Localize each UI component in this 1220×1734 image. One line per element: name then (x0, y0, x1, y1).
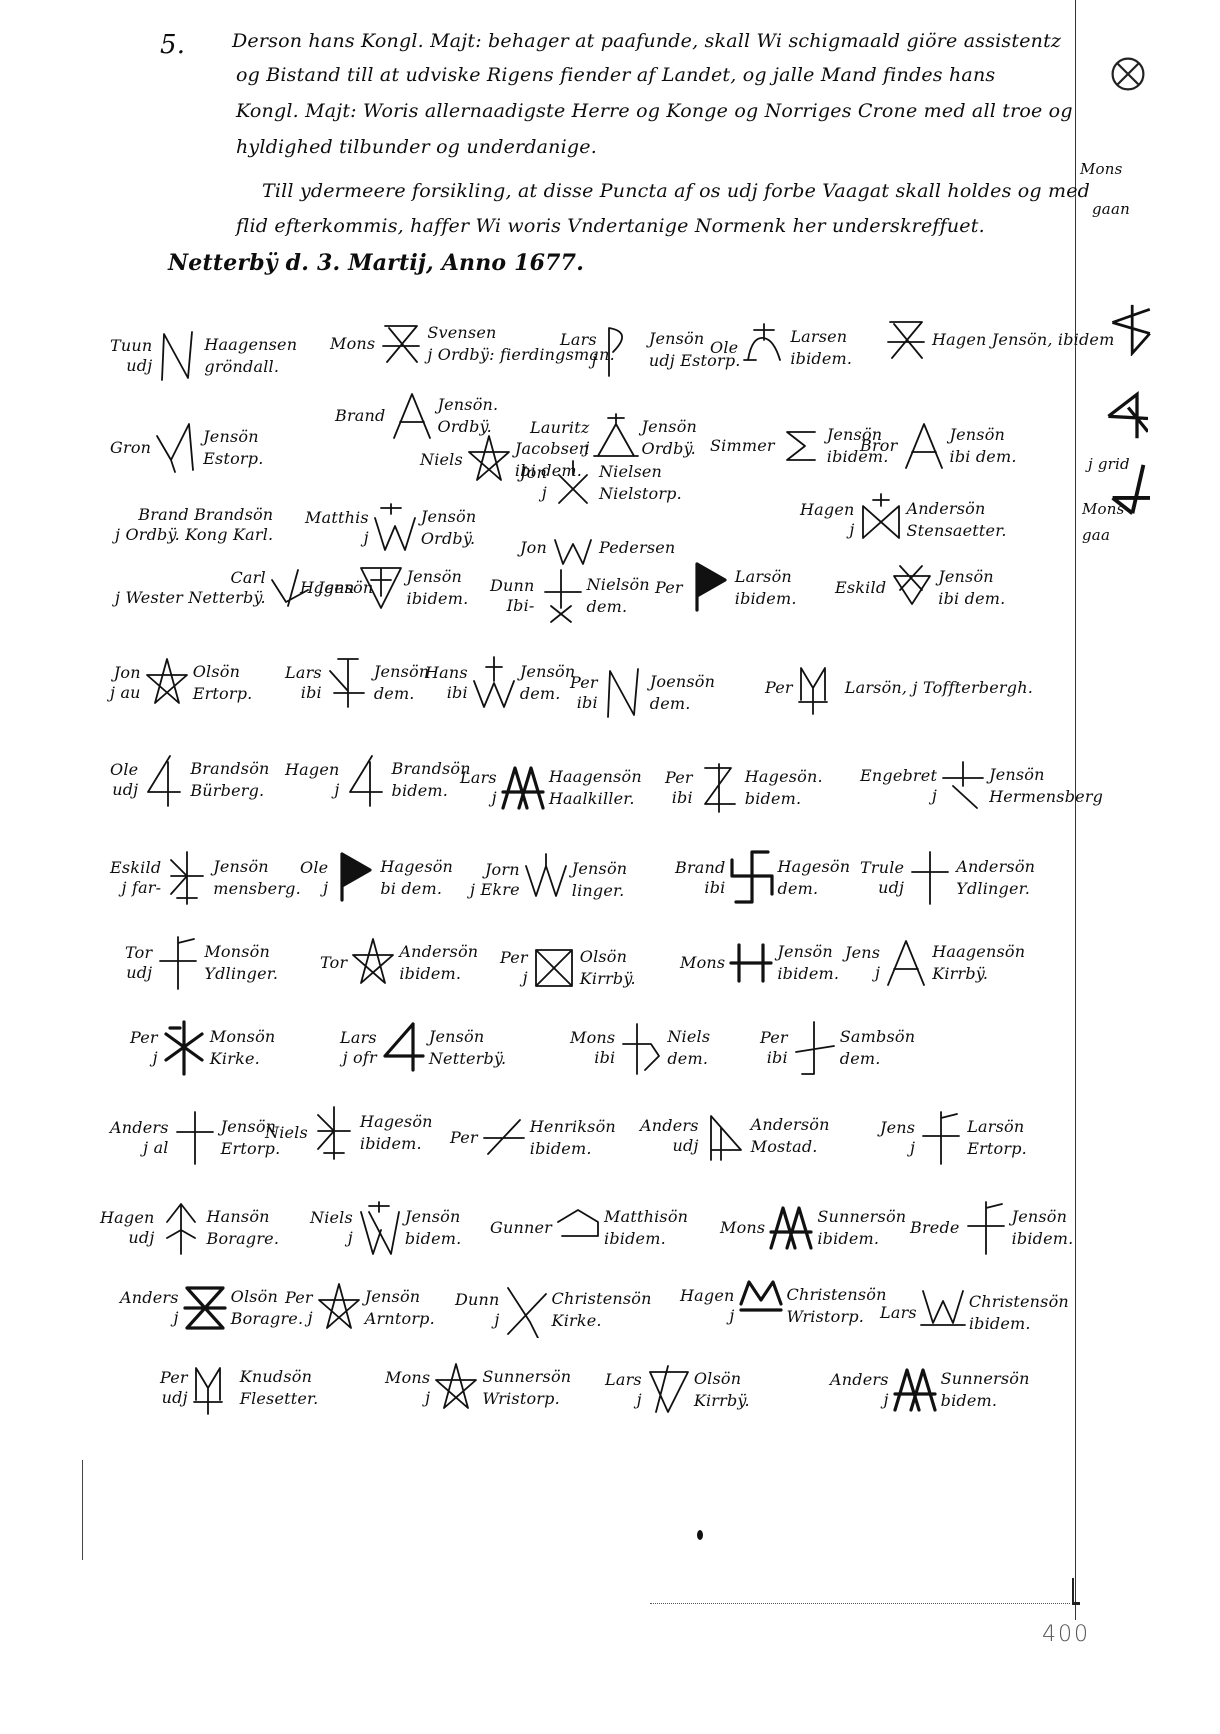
signature-text: j (310, 1228, 353, 1248)
signature-text: j (520, 483, 547, 503)
signature-text: j (800, 520, 855, 540)
signer-surname-place: BrandsönBürberg. (190, 758, 269, 802)
swastika-cross-housemark-icon (728, 850, 776, 906)
signer-surname-place: OlsönKirrbÿ. (580, 946, 636, 990)
signer-given-name: Monsj (385, 1368, 430, 1408)
signature-text: Mons (330, 334, 375, 354)
margin-note: Mons (1080, 160, 1123, 178)
signature-text: Hansön (207, 1206, 280, 1228)
signer-given-name: Jonj au (110, 663, 141, 703)
four-mark-icon (1106, 460, 1150, 516)
signature-entry: LarsChristensönibidem. (880, 1285, 1069, 1341)
knot-housemark-icon (888, 560, 936, 616)
signature-text: Per (285, 1288, 313, 1308)
signature-text: Kirke. (210, 1048, 276, 1070)
signer-given-name: Jornj Ekre (470, 860, 520, 900)
signature-entry: Andersj alJensönErtorp. (110, 1110, 280, 1166)
signature-entry: LauritzjJensönOrdbÿ. (530, 410, 697, 466)
cross-d-housemark-icon (617, 1020, 665, 1076)
k-cross-housemark-icon (163, 850, 211, 906)
signer-given-name: Perj (130, 1028, 158, 1068)
pentagram-housemark-icon (315, 1280, 363, 1336)
signature-text: Gron (110, 438, 151, 458)
signature-text: Olsön (193, 661, 253, 683)
signature-text: j (845, 963, 880, 983)
ink-blot (697, 1530, 703, 1540)
signer-given-name: Per (765, 678, 793, 698)
signature-entry: OleudjBrandsönBürberg. (110, 752, 270, 808)
signature-text: bidem. (405, 1228, 462, 1250)
signature-entry: AndersudjAndersönMostad. (640, 1108, 830, 1164)
signature-entry: TorudjMonsönYdlinger. (125, 935, 278, 991)
signature-text: Sunnersön (817, 1206, 906, 1228)
signature-text: Ertorp. (967, 1138, 1027, 1160)
signature-text: Sunnersön (482, 1366, 571, 1388)
signer-given-name: Truleudj (860, 858, 904, 898)
paragraph-line: hyldighed tilbunder og underdanige. (236, 136, 597, 158)
signature-text: Tor (320, 953, 347, 973)
signature-text: bidem. (392, 780, 471, 802)
signature-text: Anders (830, 1370, 889, 1390)
triangle-down-housemark-icon (644, 1362, 692, 1418)
signature-entry: TruleudjAndersönYdlinger. (860, 850, 1035, 906)
signer-surname-place: Hagen Jensön, ibidem (932, 329, 1114, 351)
signature-text: Mons (385, 1368, 430, 1388)
signature-text: ibi (570, 693, 598, 713)
signature-entry: PerLarsön, j Toffterbergh. (765, 660, 1033, 716)
signer-surname-place: Jensönbidem. (405, 1206, 462, 1250)
signer-given-name: Brand (335, 406, 386, 426)
signature-text: udj (160, 1388, 188, 1408)
signature-text: Ydlinger. (956, 878, 1035, 900)
signer-given-name: Tuunudj (110, 336, 152, 376)
tall-n-housemark-icon (600, 665, 648, 721)
triangle-bar-housemark-icon (592, 410, 640, 466)
signature-text: Kirrbÿ. (580, 968, 636, 990)
signature-text: Jensön (950, 424, 1017, 446)
signature-text: ibi (570, 1048, 615, 1068)
tall-p-housemark-icon (599, 322, 647, 378)
signer-given-name: Lars (880, 1303, 917, 1323)
signer-given-name: Peribi (760, 1028, 788, 1068)
signer-given-name: Hagenj (285, 760, 340, 800)
signature-entry: AndersjOlsönBoragre. (120, 1280, 303, 1336)
signer-surname-place: Jensöndem. (374, 661, 430, 705)
signature-text: mensberg. (213, 878, 301, 900)
cross-x-housemark-icon (537, 568, 585, 624)
open-4-housemark-icon (140, 752, 188, 808)
pentagram-housemark-icon (349, 935, 397, 991)
signature-entry: DunnIbi-Nielsöndem. (490, 568, 650, 624)
signer-given-name: Jensj (845, 943, 880, 983)
signer-surname-place: JensönNetterbÿ. (429, 1026, 507, 1070)
signature-text: udj (110, 780, 138, 800)
signer-surname-place: HaagensönKirrbÿ. (932, 941, 1025, 985)
tall-n-housemark-icon (154, 328, 202, 384)
signature-text: ibidem. (407, 588, 469, 610)
signer-surname-place: AndersönYdlinger. (956, 856, 1035, 900)
signer-given-name: Mons (330, 334, 375, 354)
double-a-housemark-icon (767, 1200, 815, 1256)
signature-text: bidem. (745, 788, 823, 810)
double-a-housemark-icon (891, 1362, 939, 1418)
signer-surname-place: Sunnersönibidem. (817, 1206, 906, 1250)
signer-given-name: Ole (710, 338, 738, 358)
signer-given-name: Jonj (520, 463, 547, 503)
signature-text: Brandsön (392, 758, 471, 780)
signature-text: Jon (110, 663, 141, 683)
signature-text: j al (110, 1138, 169, 1158)
signer-surname-place: Henriksönibidem. (530, 1116, 616, 1160)
signature-text: Kirrbÿ. (694, 1390, 750, 1412)
margin-note: gaa (1082, 526, 1110, 544)
signature-text: Boragre. (207, 1228, 280, 1250)
signature-entry: MonsSunnersönibidem. (720, 1200, 906, 1256)
signature-entry: TuunudjHaagensengröndall. (110, 328, 297, 384)
signature-text: j (830, 1390, 889, 1410)
signer-surname-place: Hagesöndem. (778, 856, 851, 900)
signature-text: Per (160, 1368, 188, 1388)
k-arrow-housemark-icon (502, 1282, 550, 1338)
signature-text: Knudsön (240, 1366, 319, 1388)
signature-text: Matthis (305, 508, 369, 528)
signature-text: Jensön (520, 661, 576, 683)
signature-text: Per (450, 1128, 478, 1148)
signature-text: j (385, 1388, 430, 1408)
signature-text: Hagesön (778, 856, 851, 878)
h-bar-housemark-icon (727, 935, 775, 991)
signature-text: Anders (640, 1116, 699, 1136)
signer-given-name: Larsibi (285, 663, 322, 703)
signer-surname-place: JensönOrdbÿ. (642, 416, 698, 460)
signature-text: Jensön (213, 856, 301, 878)
signer-given-name: Niels (420, 450, 463, 470)
signature-entry: PerudjKnudsönFlesetter. (160, 1360, 318, 1416)
signer-surname-place: Jensönibidem. (407, 566, 469, 610)
signature-text: Hans (425, 663, 468, 683)
signature-text: Larsön (967, 1116, 1027, 1138)
signature-text: Per (665, 768, 693, 788)
signature-text: Stensaetter. (907, 520, 1007, 542)
signature-text: Ibi- (490, 596, 535, 616)
signature-text: Gunner (490, 1218, 552, 1238)
signature-entry: TorAndersönibidem. (320, 935, 478, 991)
signature-text: Jensön (374, 661, 430, 683)
double-a-housemark-icon (499, 760, 547, 816)
signature-text: Jensön (405, 1206, 462, 1228)
signature-text: ibidem. (735, 588, 797, 610)
signature-entry: MonsibiNielsdem. (570, 1020, 710, 1076)
signer-given-name: Gunner (490, 1218, 552, 1238)
signature-text: Anders (120, 1288, 179, 1308)
star-mark-icon (1108, 300, 1152, 356)
signer-given-name: Torudj (125, 943, 152, 983)
signer-given-name: Brede (910, 1218, 960, 1238)
signer-surname-place: Jensönibidem. (777, 941, 839, 985)
signature-text: Per (130, 1028, 158, 1048)
signer-surname-place: NielsenNielstorp. (599, 461, 682, 505)
signature-text: Ole (710, 338, 738, 358)
w-cross-housemark-icon (470, 655, 518, 711)
signature-text: j (880, 1138, 915, 1158)
signature-text: Hagesön (380, 856, 453, 878)
signature-text: Monsön (210, 1026, 276, 1048)
cross-housemark-icon (171, 1110, 219, 1166)
signer-given-name: Brandibi (675, 858, 726, 898)
signature-text: udj (860, 878, 904, 898)
signer-given-name: Tor (320, 953, 347, 973)
signer-given-name: Andersudj (640, 1116, 699, 1156)
signature-text: Eskild (110, 858, 161, 878)
signature-text: Lars (285, 663, 322, 683)
signature-text: Niels (420, 450, 463, 470)
signature-text: Sunnersön (941, 1368, 1030, 1390)
signature-text: Eskild (835, 578, 886, 598)
signature-text: Hagen (100, 1208, 155, 1228)
ww-housemark-icon (371, 500, 419, 556)
signer-surname-place: HaagensönHaalkiller. (549, 766, 642, 810)
slash-cross-housemark-icon (480, 1110, 528, 1166)
signature-text: dem. (667, 1048, 710, 1070)
signer-given-name: Eskildj far- (110, 858, 161, 898)
signer-surname-place: Larsön, j Toffterbergh. (845, 677, 1033, 699)
signature-text: Per (570, 673, 598, 693)
signer-given-name: Nielsj (310, 1208, 353, 1248)
signature-entry: OleLarsenibidem. (710, 320, 852, 376)
signature-text: dem. (520, 683, 576, 705)
signature-text: Arntorp. (365, 1308, 435, 1330)
signature-text: gröndall. (204, 356, 297, 378)
signer-given-name: Brand Brandsönj Ordbÿ. Kong Karl. (115, 505, 273, 545)
signature-text: Brand (675, 858, 726, 878)
signature-text: j Ordbÿ. Kong Karl. (115, 525, 273, 545)
signature-entry: Larsj ofrJensönNetterbÿ. (340, 1020, 506, 1076)
arrow-a-housemark-icon (882, 935, 930, 991)
signature-text: dem. (840, 1048, 915, 1070)
signer-surname-place: OlsönKirrbÿ. (694, 1368, 750, 1412)
signature-entry: PeribiSambsöndem. (760, 1020, 915, 1076)
signer-surname-place: Andersönibidem. (399, 941, 478, 985)
signer-surname-place: Jensönlinger. (572, 858, 628, 902)
signer-given-name: Andersj (120, 1288, 179, 1328)
signer-surname-place: LarsönErtorp. (967, 1116, 1027, 1160)
f-cross-housemark-icon (154, 935, 202, 991)
signature-text: ibi (665, 788, 693, 808)
signature-text: Kirke. (552, 1310, 652, 1332)
signature-text: Mostad. (751, 1136, 830, 1158)
signature-text: Jensön. (438, 394, 499, 416)
signer-surname-place: MonsönKirke. (210, 1026, 276, 1070)
paragraph-line: Derson hans Kongl. Majt: behager at paaf… (232, 30, 1061, 52)
signer-given-name: Olej (300, 858, 328, 898)
signature-text: ibidem. (360, 1133, 433, 1155)
signature-text: Wristorp. (787, 1306, 887, 1328)
signature-text: Engebret (860, 766, 937, 786)
signature-text: Estorp. (203, 448, 263, 470)
signature-text: udj (125, 963, 152, 983)
signer-given-name: Andersj (830, 1370, 889, 1410)
m-cross-housemark-icon (795, 660, 843, 716)
anchor-housemark-icon (740, 320, 788, 376)
signature-text: Netterbÿ. (429, 1048, 507, 1070)
signer-surname-place: Sambsöndem. (840, 1026, 915, 1070)
signer-surname-place: Matthisönibidem. (604, 1206, 688, 1250)
signature-entry: Hagen Jensön, ibidem (880, 312, 1114, 368)
signer-surname-place: JensönEstorp. (203, 426, 263, 470)
signature-entry: MonsjSunnersönWristorp. (385, 1360, 571, 1416)
signature-text: Flesetter. (240, 1388, 319, 1410)
page-number: 400 (1042, 1622, 1090, 1647)
signature-text: Ordbÿ. (642, 438, 698, 460)
signature-text: Jensön (365, 1286, 435, 1308)
signature-text: Larsön, j Toffterbergh. (845, 677, 1033, 699)
signature-text: Brand (335, 406, 386, 426)
signature-entry: HansibiJensöndem. (425, 655, 575, 711)
signature-text: dem. (374, 683, 430, 705)
signature-text: Christensön (787, 1284, 887, 1306)
signature-text: Hagesön. (745, 766, 823, 788)
signature-text: Monsön (204, 941, 278, 963)
signer-given-name: Monsibi (570, 1028, 615, 1068)
signature-text: j (460, 788, 497, 808)
signer-surname-place: AndersönStensaetter. (907, 498, 1007, 542)
tall-ww-housemark-icon (355, 1200, 403, 1256)
signature-text: j (285, 1308, 313, 1328)
signature-text: Jon (520, 463, 547, 483)
signer-given-name: Niels (265, 1123, 308, 1143)
cross-housemark-icon (906, 850, 954, 906)
signature-text: j (530, 438, 590, 458)
signer-surname-place: Hagesönbi dem. (380, 856, 453, 900)
signature-text: Haagensön (932, 941, 1025, 963)
signature-entry: EskildJensönibi dem. (835, 560, 1005, 616)
signature-entry: AndersjSunnersönbidem. (830, 1362, 1030, 1418)
signature-text: Jon (520, 538, 547, 558)
signature-entry: PerLarsönibidem. (655, 560, 797, 616)
crown-housemark-icon (737, 1278, 785, 1334)
signature-text: Dunn (455, 1290, 500, 1310)
circle-x-mark-icon (1106, 46, 1150, 102)
signature-entry: NielsHagesönibidem. (265, 1105, 433, 1161)
signer-given-name: Oleudj (110, 760, 138, 800)
signature-text: j (860, 786, 937, 806)
signature-text: j (500, 968, 528, 988)
signature-text: j (455, 1310, 500, 1330)
t-bar-housemark-icon (939, 758, 987, 814)
signature-text: Wristorp. (482, 1388, 571, 1410)
signer-surname-place: Larsönibidem. (735, 566, 797, 610)
signer-given-name: Matthisj (305, 508, 369, 548)
binding-edge-mark (82, 1460, 85, 1560)
signature-entry: BrorJensönibi dem. (860, 418, 1017, 474)
double-v-housemark-icon (522, 852, 570, 908)
signature-text: Larsen (790, 326, 852, 348)
signature-text: j (300, 878, 328, 898)
signature-text: ibidem. (1012, 1228, 1074, 1250)
signature-text: Hermensberg (989, 786, 1103, 808)
signature-text: Ordbÿ. (421, 528, 477, 550)
signature-entry: PerjMonsönKirke. (130, 1020, 275, 1076)
signer-given-name: DunnIbi- (490, 576, 535, 616)
signer-surname-place: Jensönibi dem. (950, 424, 1017, 468)
signature-entry: LarsjOlsönKirrbÿ. (605, 1362, 750, 1418)
signature-text: Ole (300, 858, 328, 878)
signature-entry: PeribiJoensöndem. (570, 665, 715, 721)
signature-text: Ertorp. (193, 683, 253, 705)
open-4-housemark-icon (342, 752, 390, 808)
signer-given-name: Jensj (880, 1118, 915, 1158)
signature-text: Niels (667, 1026, 710, 1048)
signer-given-name: Perj (285, 1288, 313, 1328)
signature-text: Jensön (407, 566, 469, 588)
signature-text: Bror (860, 436, 898, 456)
signature-entry: BrandibiHagesöndem. (675, 850, 850, 906)
signer-surname-place: JensönOrdbÿ. (421, 506, 477, 550)
signer-given-name: Simmer (710, 436, 775, 456)
signature-entry: HagenjBrandsönbidem. (285, 752, 471, 808)
signature-text: Lars (880, 1303, 917, 1323)
signer-surname-place: Pedersen (599, 537, 675, 559)
signer-given-name: Mons (680, 953, 725, 973)
arrow-up-housemark-icon (157, 1200, 205, 1256)
signature-text: Niels (310, 1208, 353, 1228)
signer-given-name: Larsj ofr (340, 1028, 377, 1068)
signature-text: Nielstorp. (599, 483, 682, 505)
bottom-dotted-rule (650, 1603, 1070, 1604)
signature-entry: PeribiHagesön.bidem. (665, 760, 823, 816)
signer-given-name: Mons (720, 1218, 765, 1238)
paragraph-line: Till ydermeere forsikling, at disse Punc… (262, 180, 1090, 202)
signature-entry: HagenjAndersönStensaetter. (800, 492, 1007, 548)
signature-text: Per (765, 678, 793, 698)
signer-surname-place: Nielsdem. (667, 1026, 710, 1070)
signer-given-name: Hagenj (680, 1286, 735, 1326)
signature-text: Brand Brandsön (115, 505, 273, 525)
signature-text: Tuun (110, 336, 152, 356)
signer-given-name: Jon (520, 538, 547, 558)
signature-text: ibi (675, 878, 726, 898)
signature-text: Lars (340, 1028, 377, 1048)
signature-text: j (560, 350, 597, 370)
signer-surname-place: ChristensönWristorp. (787, 1284, 887, 1328)
signer-surname-place: ChristensönKirke. (552, 1288, 652, 1332)
signer-given-name: Per (655, 578, 683, 598)
signer-surname-place: Christensönibidem. (969, 1291, 1069, 1335)
signature-text: bi dem. (380, 878, 453, 900)
crossed-x-housemark-icon (882, 312, 930, 368)
signature-text: ibidem. (969, 1313, 1069, 1335)
signature-text: Jensön (203, 426, 263, 448)
signature-text: Matthisön (604, 1206, 688, 1228)
paragraph-number: 5. (160, 30, 185, 60)
signature-entry: GronJensönEstorp. (110, 420, 264, 476)
signature-text: Jensön (572, 858, 628, 880)
signer-given-name: Hagenudj (100, 1208, 155, 1248)
signature-text: Hagen (800, 500, 855, 520)
signature-entry: Brand Brandsönj Ordbÿ. Kong Karl. (115, 505, 275, 545)
signature-text: Carl (115, 568, 266, 588)
signer-surname-place: KnudsönFlesetter. (240, 1366, 319, 1410)
f-cross-housemark-icon (917, 1110, 965, 1166)
arrow-a-housemark-icon (900, 418, 948, 474)
box-x-housemark-icon (530, 940, 578, 996)
signer-given-name: Hansibi (425, 663, 468, 703)
signer-surname-place: JensönHermensberg (989, 764, 1103, 808)
pentagram-housemark-icon (432, 1360, 480, 1416)
signer-given-name: Per (450, 1128, 478, 1148)
signature-text: Olsön (694, 1368, 750, 1390)
signature-text: dem. (587, 596, 650, 618)
